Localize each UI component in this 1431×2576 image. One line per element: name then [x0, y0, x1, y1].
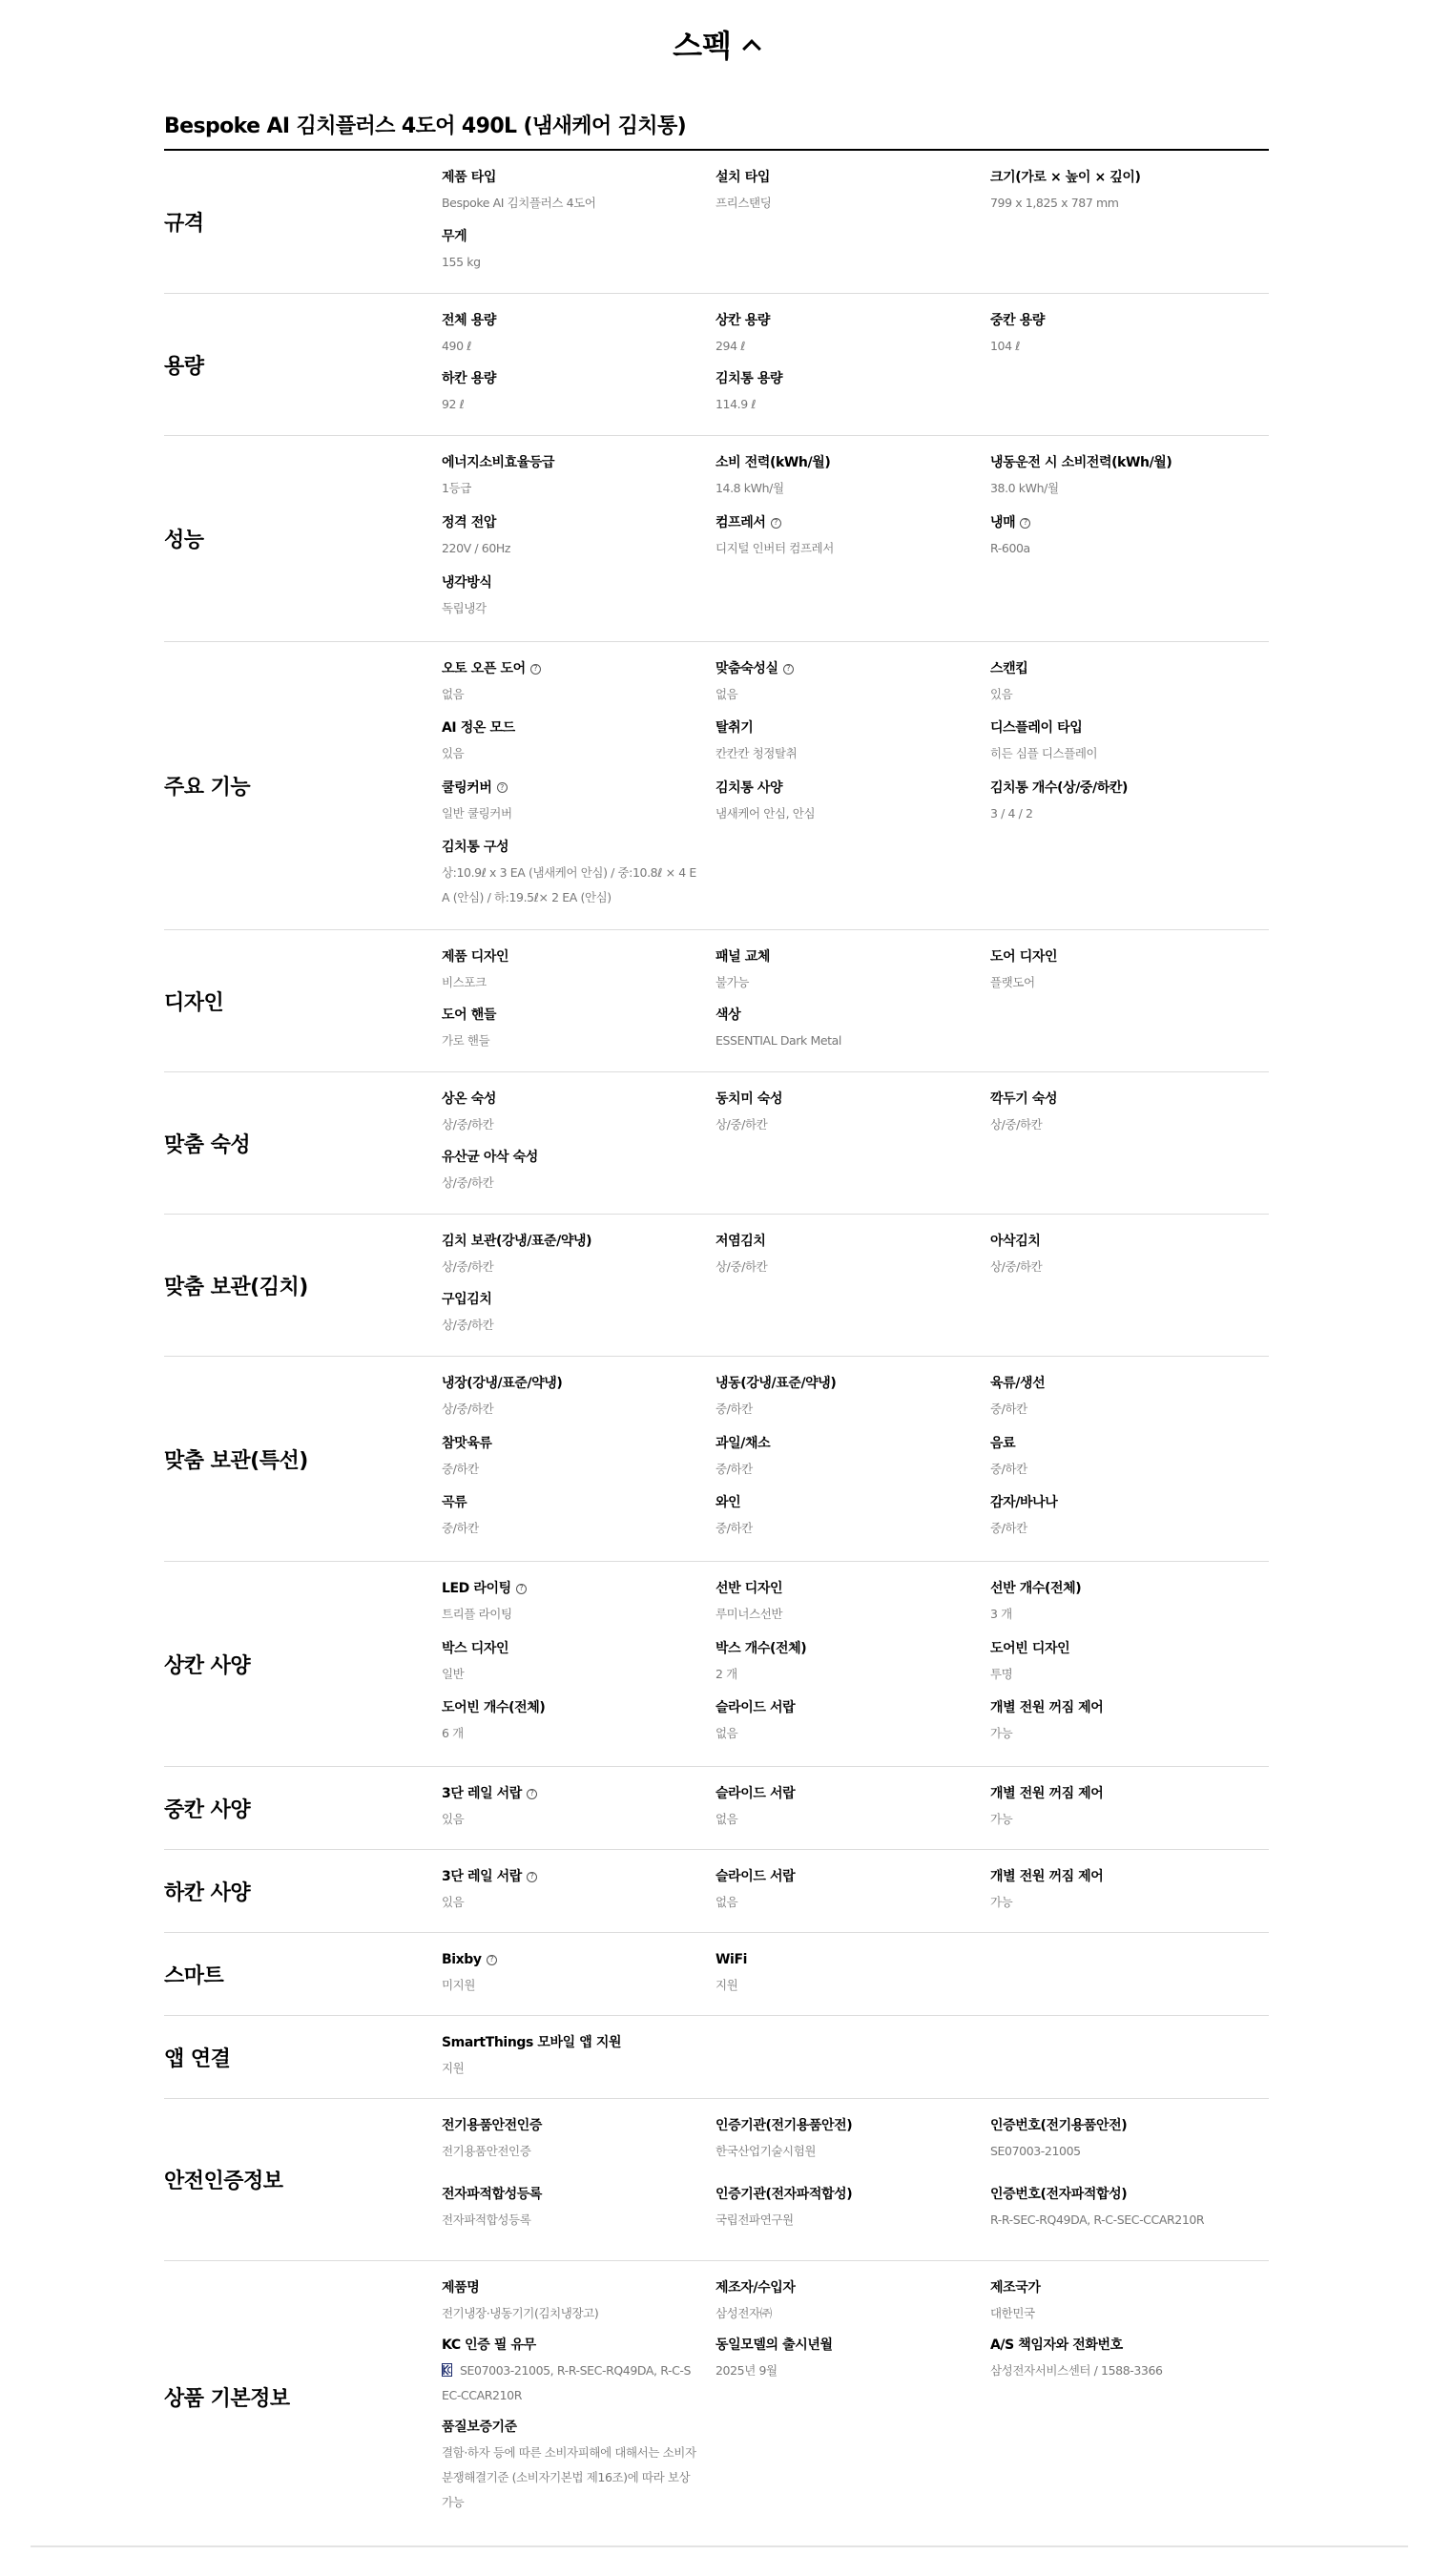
spec-name: 개별 전원 꺼짐 제어: [990, 1698, 1250, 1717]
spec-name-text: KC 인증 필 유무: [442, 2336, 536, 2355]
spec-name: 상칸 용량: [715, 311, 971, 330]
spec-item: 제품명전기냉장·냉동기기(김치냉장고): [442, 2278, 715, 2326]
spec-item: 김치통 사양냄새케어 안심, 안심: [715, 779, 990, 828]
spec-item: 동치미 숙성상/중/하칸: [715, 1090, 990, 1138]
spec-name-text: 3단 레일 서랍: [442, 1867, 522, 1886]
spec-item: 에너지소비효율등급1등급: [442, 453, 715, 504]
spec-value: 220V / 60Hz: [442, 536, 696, 561]
spec-name: 냉매?: [990, 513, 1250, 532]
spec-value-text: 중/하칸: [442, 1462, 479, 1476]
spec-item: 동일모델의 출시년월2025년 9월: [715, 2336, 990, 2408]
spec-value-text: 냄새케어 안심, 안심: [715, 806, 815, 821]
spec-name: 제조국가: [990, 2278, 1250, 2297]
spec-grid: LED 라이팅?트리플 라이팅선반 디자인루미너스선반선반 개수(전체)3 개박…: [442, 1562, 1269, 1766]
spec-grid: 전기용품안전인증전기용품안전인증인증기관(전기용품안전)한국산업기술시험원인증번…: [442, 2099, 1269, 2260]
spec-item: 맞춤숙성실?없음: [715, 659, 990, 709]
spec-value: 중/하칸: [715, 1457, 971, 1482]
help-icon[interactable]: ?: [783, 664, 794, 675]
spec-item: 곡류중/하칸: [442, 1493, 715, 1544]
section-label: 규격: [164, 151, 442, 293]
spec-value-text: 가능: [990, 1812, 1012, 1826]
spec-name-text: 음료: [990, 1434, 1015, 1453]
spec-name-text: 중칸 용량: [990, 311, 1045, 330]
spec-name: SmartThings 모바일 앱 지원: [442, 2033, 696, 2052]
spec-name: 소비 전력(kWh/월): [715, 453, 971, 472]
spec-name-text: 박스 개수(전체): [715, 1639, 806, 1658]
spec-name-text: 인증기관(전기용품안전): [715, 2116, 852, 2135]
spec-name-text: 육류/생선: [990, 1374, 1045, 1393]
spec-value-text: 있음: [442, 1895, 464, 1909]
spec-value-text: 92 ℓ: [442, 397, 464, 411]
section-label: 맞춤 보관(특선): [164, 1357, 442, 1561]
spec-name: 동일모델의 출시년월: [715, 2336, 971, 2355]
spec-value: 대한민국: [990, 2301, 1250, 2326]
spec-name: 인증기관(전자파적합성): [715, 2185, 971, 2204]
spec-name: 디스플레이 타입: [990, 718, 1250, 737]
spec-item: 무게155 kg: [442, 227, 715, 277]
spec-value-text: 상/중/하칸: [442, 1402, 493, 1416]
spec-name: 상온 숙성: [442, 1090, 696, 1109]
spec-value-text: 상/중/하칸: [442, 1318, 493, 1332]
spec-value: 799 x 1,825 x 787 mm: [990, 191, 1250, 216]
spec-name: 박스 개수(전체): [715, 1639, 971, 1658]
spec-item: 정격 전압220V / 60Hz: [442, 513, 715, 564]
spec-value: 한국산업기술시험원: [715, 2139, 971, 2164]
spec-value: 155 kg: [442, 250, 696, 275]
spec-section: 맞춤 숙성상온 숙성상/중/하칸동치미 숙성상/중/하칸깍두기 숙성상/중/하칸…: [164, 1072, 1269, 1215]
spec-value-text: 일반: [442, 1667, 464, 1681]
spec-name-text: 냉각방식: [442, 573, 492, 592]
spec-name-text: 구입김치: [442, 1290, 492, 1309]
spec-name: 패널 교체: [715, 947, 971, 966]
spec-value: 3 개: [990, 1602, 1250, 1627]
spec-grid: 에너지소비효율등급1등급소비 전력(kWh/월)14.8 kWh/월냉동운전 시…: [442, 436, 1269, 641]
spec-name-text: 슬라이드 서랍: [715, 1784, 795, 1803]
spec-name-text: 김치통 용량: [715, 369, 782, 388]
spec-name-text: 전자파적합성등록: [442, 2185, 542, 2204]
spec-value-text: 전자파적합성등록: [442, 2212, 530, 2227]
spec-name: 오토 오픈 도어?: [442, 659, 696, 678]
spec-name: 김치 보관(강냉/표준/약냉): [442, 1232, 696, 1251]
spec-item: 슬라이드 서랍없음: [715, 1698, 990, 1749]
spec-value: 가능: [990, 1807, 1250, 1832]
spec-grid: Bixby?미지원WiFi지원: [442, 1933, 1269, 2015]
help-icon[interactable]: ?: [497, 782, 508, 793]
spec-value: 92 ℓ: [442, 392, 696, 417]
spec-value: 상/중/하칸: [990, 1112, 1250, 1137]
spec-name-text: 제품명: [442, 2278, 479, 2297]
spec-grid: SmartThings 모바일 앱 지원지원: [442, 2016, 1269, 2098]
spec-name-text: 제조국가: [990, 2278, 1041, 2297]
spec-grid: 3단 레일 서랍?있음슬라이드 서랍없음개별 전원 꺼짐 제어가능: [442, 1767, 1269, 1849]
spec-item: 3단 레일 서랍?있음: [442, 1867, 715, 1915]
spec-value: 없음: [715, 1890, 971, 1915]
spec-name-text: 인증기관(전자파적합성): [715, 2185, 852, 2204]
spec-value: 국립전파연구원: [715, 2208, 971, 2233]
spec-value: 투명: [990, 1662, 1250, 1687]
spec-value-text: 플랫도어: [990, 975, 1035, 989]
spec-name-text: 도어빈 개수(전체): [442, 1698, 545, 1717]
spec-name-text: 상온 숙성: [442, 1090, 496, 1109]
spec-name: 3단 레일 서랍?: [442, 1784, 696, 1803]
spec-value: 38.0 kWh/월: [990, 476, 1250, 501]
spec-value-text: 미지원: [442, 1978, 475, 1992]
spec-value-text: 155 kg: [442, 255, 481, 269]
spec-name: 냉동운전 시 소비전력(kWh/월): [990, 453, 1250, 472]
spec-item: 전체 용량490 ℓ: [442, 311, 715, 360]
spec-name-text: 에너지소비효율등급: [442, 453, 554, 472]
section-label: 중칸 사양: [164, 1767, 442, 1849]
spec-value-text: 중/하칸: [442, 1521, 479, 1535]
spec-value-text: 상:10.9ℓ x 3 EA (냄새케어 안심) / 중:10.8ℓ × 4 E…: [442, 865, 696, 904]
spec-name-text: 스캔킵: [990, 659, 1027, 678]
spec-value: 히든 심플 디스플레이: [990, 741, 1250, 766]
spec-value-text: 38.0 kWh/월: [990, 481, 1059, 495]
spec-name-text: 개별 전원 꺼짐 제어: [990, 1867, 1103, 1886]
spec-value: 6 개: [442, 1721, 696, 1746]
spec-name: 제품명: [442, 2278, 696, 2297]
spec-name: 정격 전압: [442, 513, 696, 532]
spec-item: 제조국가대한민국: [990, 2278, 1269, 2326]
spec-value-text: 전기용품안전인증: [442, 2144, 530, 2158]
spec-name: 인증번호(전기용품안전): [990, 2116, 1250, 2135]
spec-sections: 규격제품 타입Bespoke AI 김치플러스 4도어설치 타입프리스탠딩크기(…: [164, 151, 1269, 2532]
spec-section: 규격제품 타입Bespoke AI 김치플러스 4도어설치 타입프리스탠딩크기(…: [164, 151, 1269, 294]
spec-name: 전기용품안전인증: [442, 2116, 696, 2135]
section-label: 스마트: [164, 1933, 442, 2015]
spec-name: 김치통 용량: [715, 369, 971, 388]
help-icon[interactable]: ?: [516, 1584, 527, 1594]
section-label: 앱 연결: [164, 2016, 442, 2098]
spec-name-text: LED 라이팅: [442, 1579, 511, 1598]
spec-value: SE07003-21005, R-R-SEC-RQ49DA, R-C-SEC-C…: [442, 2358, 696, 2408]
spec-value: 칸칸칸 청정탈취: [715, 741, 971, 766]
spec-name-text: 상칸 용량: [715, 311, 770, 330]
spec-name: 선반 디자인: [715, 1579, 971, 1598]
spec-name: 깍두기 숙성: [990, 1090, 1250, 1109]
spec-name: AI 정온 모드: [442, 718, 696, 737]
spec-name: 곡류: [442, 1493, 696, 1512]
spec-value-text: 14.8 kWh/월: [715, 481, 784, 495]
spec-value-text: 지원: [715, 1978, 737, 1992]
spec-value: ESSENTIAL Dark Metal: [715, 1028, 971, 1053]
spec-name: 도어 핸들: [442, 1006, 696, 1025]
spec-value: 없음: [442, 682, 696, 707]
spec-item: 스캔킵있음: [990, 659, 1269, 709]
spec-value: 중/하칸: [715, 1516, 971, 1541]
spec-value: 중/하칸: [715, 1397, 971, 1422]
spec-item: 도어빈 디자인투명: [990, 1639, 1269, 1690]
spec-name: 개별 전원 꺼짐 제어: [990, 1867, 1250, 1886]
spec-section: 상품 기본정보제품명전기냉장·냉동기기(김치냉장고)제조자/수입자삼성전자㈜제조…: [164, 2261, 1269, 2532]
kc-mark-icon: [442, 2363, 452, 2377]
spec-name-text: 냉동(강냉/표준/약냉): [715, 1374, 836, 1393]
spec-item: 박스 개수(전체)2 개: [715, 1639, 990, 1690]
spec-name: 김치통 개수(상/중/하칸): [990, 779, 1250, 798]
spec-section: 앱 연결SmartThings 모바일 앱 지원지원: [164, 2016, 1269, 2099]
spec-item: 전자파적합성등록전자파적합성등록: [442, 2185, 715, 2244]
spec-value: 490 ℓ: [442, 334, 696, 359]
spec-value: 114.9 ℓ: [715, 392, 971, 417]
spec-value-text: 490 ℓ: [442, 339, 471, 353]
spec-item: 소비 전력(kWh/월)14.8 kWh/월: [715, 453, 990, 504]
spec-name-text: A/S 책임자와 전화번호: [990, 2336, 1123, 2355]
product-title: Bespoke AI 김치플러스 4도어 490L (냄새케어 김치통): [164, 111, 1269, 149]
spec-name-text: 도어 핸들: [442, 1006, 496, 1025]
spec-item: 냉장(강냉/표준/약냉)상/중/하칸: [442, 1374, 715, 1424]
spec-value: 루미너스선반: [715, 1602, 971, 1627]
help-icon[interactable]: ?: [1020, 518, 1030, 529]
spec-value: 중/하칸: [442, 1516, 696, 1541]
spec-name-text: 크기(가로 × 높이 × 깊이): [990, 168, 1141, 187]
spec-value-text: 없음: [715, 687, 737, 701]
spec-name-text: 3단 레일 서랍: [442, 1784, 522, 1803]
spec-value-text: 2025년 9월: [715, 2363, 778, 2378]
spec-name: 무게: [442, 227, 696, 246]
spec-value-text: 디지털 인버터 컴프레서: [715, 541, 834, 555]
spec-item: 크기(가로 × 높이 × 깊이)799 x 1,825 x 787 mm: [990, 168, 1269, 218]
spec-value-text: 투명: [990, 1667, 1012, 1681]
spec-value-text: 3 개: [990, 1607, 1012, 1621]
spec-name: 박스 디자인: [442, 1639, 696, 1658]
spec-grid: 오토 오픈 도어?없음맞춤숙성실?없음스캔킵있음AI 정온 모드있음탈취기칸칸칸…: [442, 642, 1269, 929]
section-label: 용량: [164, 294, 442, 435]
spec-name: 전체 용량: [442, 311, 696, 330]
spec-value: 냄새케어 안심, 안심: [715, 801, 971, 826]
spec-value: 미지원: [442, 1973, 696, 1998]
spec-name: 제조자/수입자: [715, 2278, 971, 2297]
spec-name-text: 슬라이드 서랍: [715, 1698, 795, 1717]
spec-name-text: 와인: [715, 1493, 740, 1512]
spec-name: 냉각방식: [442, 573, 696, 592]
spec-value: 상/중/하칸: [442, 1255, 696, 1279]
spec-name-text: 쿨링커버: [442, 779, 492, 798]
spec-item: KC 인증 필 유무SE07003-21005, R-R-SEC-RQ49DA,…: [442, 2336, 715, 2408]
spec-value: 없음: [715, 682, 971, 707]
spec-name-text: 슬라이드 서랍: [715, 1867, 795, 1886]
spec-value-text: 가로 핸들: [442, 1033, 489, 1048]
spec-name-text: 제조자/수입자: [715, 2278, 795, 2297]
section-label: 하칸 사양: [164, 1850, 442, 1932]
spec-item: 제품 디자인비스포크: [442, 947, 715, 996]
spec-value-text: SE07003-21005, R-R-SEC-RQ49DA, R-C-SEC-C…: [442, 2363, 691, 2402]
spec-name: 김치통 구성: [442, 838, 696, 857]
spec-grid: 냉장(강냉/표준/약냉)상/중/하칸냉동(강냉/표준/약냉)중/하칸육류/생선중…: [442, 1357, 1269, 1561]
spec-item: 인증기관(전기용품안전)한국산업기술시험원: [715, 2116, 990, 2175]
spec-section: 하칸 사양3단 레일 서랍?있음슬라이드 서랍없음개별 전원 꺼짐 제어가능: [164, 1850, 1269, 1933]
spec-value-text: 상/중/하칸: [715, 1259, 767, 1274]
spec-name-text: 박스 디자인: [442, 1639, 508, 1658]
spec-name: 탈취기: [715, 718, 971, 737]
spec-value-text: 루미너스선반: [715, 1607, 782, 1621]
spec-value: 1등급: [442, 476, 696, 501]
spec-value-text: 삼성전자서비스센터 / 1588-3366: [990, 2363, 1163, 2378]
spec-value-text: 중/하칸: [990, 1521, 1027, 1535]
spec-value: 프리스탠딩: [715, 191, 971, 216]
spec-value-text: 799 x 1,825 x 787 mm: [990, 196, 1119, 210]
spec-name-text: Bixby: [442, 1950, 482, 1969]
spec-name-text: 전기용품안전인증: [442, 2116, 542, 2135]
spec-name-text: 패널 교체: [715, 947, 770, 966]
spec-item: 3단 레일 서랍?있음: [442, 1784, 715, 1832]
spec-name-text: WiFi: [715, 1950, 747, 1969]
spec-item: A/S 책임자와 전화번호삼성전자서비스센터 / 1588-3366: [990, 2336, 1269, 2408]
spec-value-text: 중/하칸: [715, 1462, 753, 1476]
spec-name-text: 설치 타입: [715, 168, 770, 187]
spec-value-text: 없음: [442, 687, 464, 701]
spec-value-text: 상/중/하칸: [990, 1259, 1042, 1274]
spec-name: 와인: [715, 1493, 971, 1512]
spec-item: 패널 교체불가능: [715, 947, 990, 996]
spec-value: 상:10.9ℓ x 3 EA (냄새케어 안심) / 중:10.8ℓ × 4 E…: [442, 861, 696, 910]
spec-value-text: 칸칸칸 청정탈취: [715, 746, 797, 760]
spec-value-text: 3 / 4 / 2: [990, 806, 1033, 821]
spec-value-text: 전기냉장·냉동기기(김치냉장고): [442, 2306, 598, 2320]
spec-section: 주요 기능오토 오픈 도어?없음맞춤숙성실?없음스캔킵있음AI 정온 모드있음탈…: [164, 642, 1269, 930]
spec-name: LED 라이팅?: [442, 1579, 696, 1598]
spec-item: 개별 전원 꺼짐 제어가능: [990, 1698, 1269, 1749]
spec-name-text: 김치통 사양: [715, 779, 782, 798]
spec-item: 김치통 용량114.9 ℓ: [715, 369, 990, 418]
spec-name-text: 깍두기 숙성: [990, 1090, 1057, 1109]
spec-name: 3단 레일 서랍?: [442, 1867, 696, 1886]
spec-name-text: 선반 디자인: [715, 1579, 782, 1598]
spec-item: 탈취기칸칸칸 청정탈취: [715, 718, 990, 768]
help-icon[interactable]: ?: [530, 664, 541, 675]
spec-grid: 제품 타입Bespoke AI 김치플러스 4도어설치 타입프리스탠딩크기(가로…: [442, 151, 1269, 293]
spec-value-text: 있음: [442, 1812, 464, 1826]
spec-name-text: 색상: [715, 1006, 740, 1025]
spec-name: 인증번호(전자파적합성): [990, 2185, 1250, 2204]
spec-item: 제조자/수입자삼성전자㈜: [715, 2278, 990, 2326]
spec-section: 스마트Bixby?미지원WiFi지원: [164, 1933, 1269, 2016]
help-icon[interactable]: ?: [487, 1955, 497, 1965]
spec-name: 쿨링커버?: [442, 779, 696, 798]
spec-heading-title: 스펙: [673, 28, 732, 64]
spec-item: 박스 디자인일반: [442, 1639, 715, 1690]
spec-value-text: 가능: [990, 1726, 1012, 1740]
spec-item: 품질보증기준결함·하자 등에 따른 소비자피해에 대해서는 소비자분쟁해결기준 …: [442, 2418, 715, 2515]
spec-name: Bixby?: [442, 1950, 696, 1969]
spec-toggle-header[interactable]: 스펙: [0, 25, 1431, 67]
spec-value-text: 1등급: [442, 481, 471, 495]
spec-item: 깍두기 숙성상/중/하칸: [990, 1090, 1269, 1138]
spec-name-text: 오토 오픈 도어: [442, 659, 526, 678]
spec-value: 없음: [715, 1721, 971, 1746]
spec-name: 김치통 사양: [715, 779, 971, 798]
spec-item: 상온 숙성상/중/하칸: [442, 1090, 715, 1138]
spec-value-text: 지원: [442, 2061, 464, 2075]
spec-grid: 제품명전기냉장·냉동기기(김치냉장고)제조자/수입자삼성전자㈜제조국가대한민국K…: [442, 2261, 1269, 2532]
spec-item: 슬라이드 서랍없음: [715, 1784, 990, 1832]
spec-item: 냉동운전 시 소비전력(kWh/월)38.0 kWh/월: [990, 453, 1269, 504]
spec-name: WiFi: [715, 1950, 971, 1969]
spec-name: 슬라이드 서랍: [715, 1867, 971, 1886]
spec-value: 전자파적합성등록: [442, 2208, 696, 2233]
spec-value-text: 중/하칸: [715, 1402, 753, 1416]
spec-item: SmartThings 모바일 앱 지원지원: [442, 2033, 715, 2081]
spec-name: 참맛육류: [442, 1434, 696, 1453]
spec-name-text: 선반 개수(전체): [990, 1579, 1081, 1598]
spec-name: 전자파적합성등록: [442, 2185, 696, 2204]
spec-item: 오토 오픈 도어?없음: [442, 659, 715, 709]
chevron-up-icon[interactable]: [742, 39, 761, 58]
spec-value: 디지털 인버터 컴프레서: [715, 536, 971, 561]
spec-value-text: SE07003-21005: [990, 2144, 1081, 2158]
spec-value-text: 상/중/하칸: [442, 1117, 493, 1132]
spec-item: 육류/생선중/하칸: [990, 1374, 1269, 1424]
spec-name: 과일/채소: [715, 1434, 971, 1453]
spec-value-text: 프리스탠딩: [715, 196, 771, 210]
spec-item: 김치통 개수(상/중/하칸)3 / 4 / 2: [990, 779, 1269, 828]
help-icon[interactable]: ?: [527, 1789, 537, 1799]
spec-value: 불가능: [715, 970, 971, 995]
spec-grid: 3단 레일 서랍?있음슬라이드 서랍없음개별 전원 꺼짐 제어가능: [442, 1850, 1269, 1932]
spec-name: 개별 전원 꺼짐 제어: [990, 1784, 1250, 1803]
spec-name-text: 아삭김치: [990, 1232, 1041, 1251]
spec-name-text: 디스플레이 타입: [990, 718, 1082, 737]
spec-value-text: 220V / 60Hz: [442, 541, 510, 555]
spec-name: 컴프레서?: [715, 513, 971, 532]
spec-value-text: 114.9 ℓ: [715, 397, 756, 411]
spec-name-text: 김치통 개수(상/중/하칸): [990, 779, 1128, 798]
spec-value: 14.8 kWh/월: [715, 476, 971, 501]
spec-value-text: Bespoke AI 김치플러스 4도어: [442, 196, 595, 210]
spec-name-text: 저염김치: [715, 1232, 766, 1251]
spec-name-text: 동일모델의 출시년월: [715, 2336, 833, 2355]
spec-value: 상/중/하칸: [715, 1112, 971, 1137]
section-label: 주요 기능: [164, 642, 442, 929]
spec-value: 독립냉각: [442, 596, 696, 621]
spec-name: 품질보증기준: [442, 2418, 696, 2437]
spec-value-text: 6 개: [442, 1726, 464, 1740]
spec-name: 색상: [715, 1006, 971, 1025]
spec-grid: 제품 디자인비스포크패널 교체불가능도어 디자인플랫도어도어 핸들가로 핸들색상…: [442, 930, 1269, 1071]
spec-item: 개별 전원 꺼짐 제어가능: [990, 1784, 1269, 1832]
spec-name: 도어빈 개수(전체): [442, 1698, 696, 1717]
spec-name: 크기(가로 × 높이 × 깊이): [990, 168, 1250, 187]
spec-item: 도어 디자인플랫도어: [990, 947, 1269, 996]
spec-name-text: 냉동운전 시 소비전력(kWh/월): [990, 453, 1172, 472]
spec-section: 중칸 사양3단 레일 서랍?있음슬라이드 서랍없음개별 전원 꺼짐 제어가능: [164, 1767, 1269, 1850]
spec-name-text: 탈취기: [715, 718, 753, 737]
spec-name-text: 냉장(강냉/표준/약냉): [442, 1374, 562, 1393]
spec-value: 중/하칸: [990, 1397, 1250, 1422]
spec-name-text: 정격 전압: [442, 513, 496, 532]
spec-item: 유산균 아삭 숙성상/중/하칸: [442, 1148, 715, 1196]
spec-item: 아삭김치상/중/하칸: [990, 1232, 1269, 1280]
spec-name-text: 하칸 용량: [442, 369, 496, 388]
spec-value-text: 국립전파연구원: [715, 2212, 794, 2227]
spec-name: 구입김치: [442, 1290, 696, 1309]
spec-name-text: 전체 용량: [442, 311, 496, 330]
spec-value: 있음: [990, 682, 1250, 707]
spec-value: 중/하칸: [990, 1516, 1250, 1541]
spec-name-text: 김치통 구성: [442, 838, 508, 857]
spec-name: 도어 디자인: [990, 947, 1250, 966]
help-icon[interactable]: ?: [527, 1872, 537, 1882]
spec-value-text: 히든 심플 디스플레이: [990, 746, 1097, 760]
spec-section: 맞춤 보관(김치)김치 보관(강냉/표준/약냉)상/중/하칸저염김치상/중/하칸…: [164, 1215, 1269, 1357]
spec-name-text: 품질보증기준: [442, 2418, 517, 2437]
spec-name: 유산균 아삭 숙성: [442, 1148, 696, 1167]
spec-table: Bespoke AI 김치플러스 4도어 490L (냄새케어 김치통) 규격제…: [164, 111, 1269, 2532]
spec-value: 가로 핸들: [442, 1028, 696, 1053]
spec-value: 294 ℓ: [715, 334, 971, 359]
spec-value-text: 중/하칸: [715, 1521, 753, 1535]
spec-value-text: 294 ℓ: [715, 339, 745, 353]
help-icon[interactable]: ?: [771, 518, 781, 529]
